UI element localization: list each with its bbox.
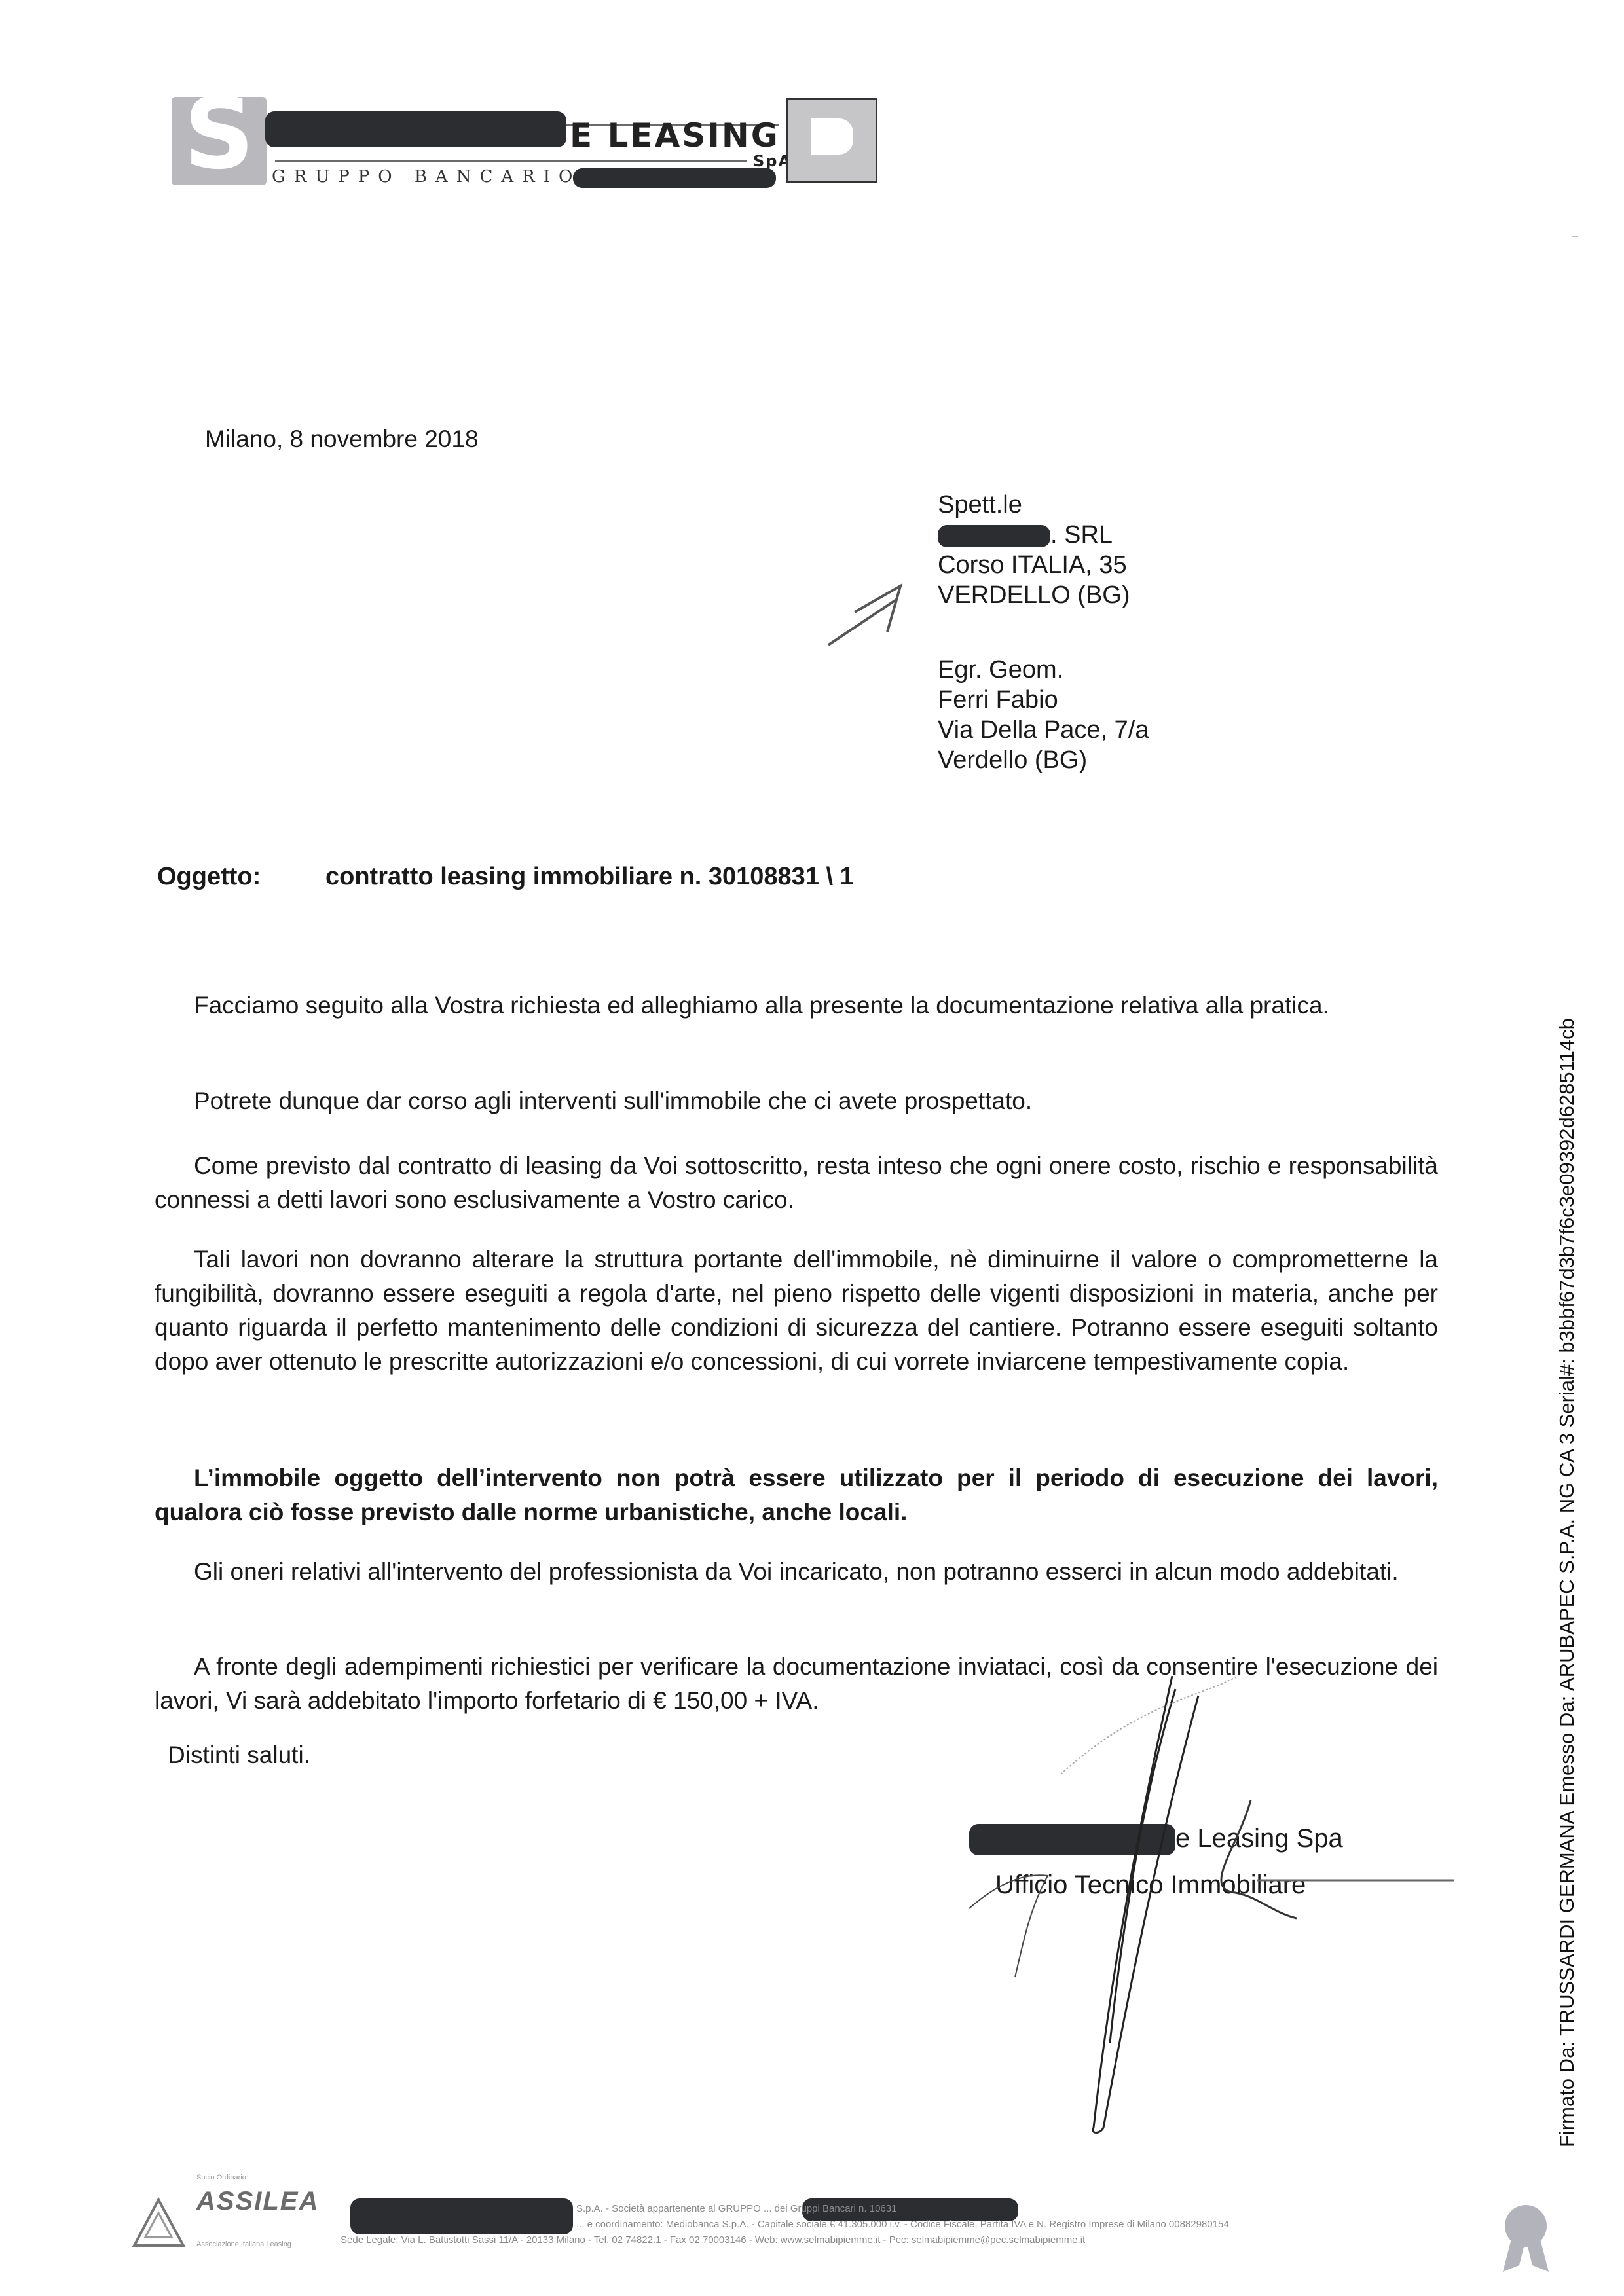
paragraph-7: A fronte degli adempimenti richiestici p… bbox=[155, 1650, 1438, 1718]
logo-letter-s: S bbox=[172, 85, 267, 183]
digital-seal-icon bbox=[1500, 2200, 1552, 2275]
handwritten-signature-icon bbox=[864, 1676, 1454, 2134]
date-line: Milano, 8 novembre 2018 bbox=[205, 421, 479, 457]
assilea-logo-icon bbox=[131, 2196, 187, 2252]
paragraph-3: Come previsto dal contratto di leasing d… bbox=[155, 1149, 1438, 1217]
footer-assilea-desc: Associazione Italiana Leasing bbox=[196, 2240, 291, 2248]
footer-assilea-top: Socio Ordinario bbox=[196, 2174, 246, 2181]
recipient-company: . SRL bbox=[938, 520, 1149, 550]
footer-assilea-name: ASSILEA bbox=[196, 2187, 319, 2216]
recipient2-city: Verdello (BG) bbox=[938, 745, 1149, 775]
paragraph-6: Gli oneri relativi all'intervento del pr… bbox=[155, 1555, 1438, 1589]
logo-company-name: E LEASING bbox=[570, 117, 780, 155]
redaction-logo-name bbox=[265, 111, 566, 147]
recipient-salutation: Spett.le bbox=[938, 490, 1149, 520]
recipient2-salutation: Egr. Geom. bbox=[938, 655, 1149, 685]
subject-value: contratto leasing immobiliare n. 3010883… bbox=[325, 863, 854, 891]
recipient-city: VERDELLO (BG) bbox=[938, 580, 1149, 610]
recipient2-address: Via Della Pace, 7/a bbox=[938, 715, 1149, 745]
logo-right-mark bbox=[786, 98, 877, 183]
paragraph-1: Facciamo seguito alla Vostra richiesta e… bbox=[155, 989, 1438, 1023]
logo-rule-bottom bbox=[275, 160, 747, 162]
footer-line-1: S.p.A. - Società appartenente al GRUPPO … bbox=[576, 2201, 1375, 2216]
recipient2-name: Ferri Fabio bbox=[938, 685, 1149, 715]
redaction-signatory-company bbox=[969, 1824, 1175, 1855]
subject-label: Oggetto: bbox=[157, 863, 261, 891]
signature-company: e Leasing Spa bbox=[969, 1824, 1343, 1855]
signature-office: Ufficio Tecnico Immobiliare bbox=[995, 1870, 1306, 1900]
handwritten-mark-icon bbox=[825, 563, 917, 648]
paragraph-5-bold: L’immobile oggetto dell’intervento non p… bbox=[155, 1461, 1438, 1529]
redaction-group-name bbox=[573, 168, 776, 188]
footer-line-3: Sede Legale: Via L. Battistotti Sassi 11… bbox=[341, 2232, 1369, 2248]
closing-salutation: Distinti saluti. bbox=[168, 1741, 310, 1769]
paragraph-4: Tali lavori non dovranno alterare la str… bbox=[155, 1243, 1438, 1379]
address-block: Spett.le . SRL Corso ITALIA, 35 VERDELLO… bbox=[938, 490, 1149, 775]
footer-line-2: ... e coordinamento: Mediobanca S.p.A. -… bbox=[576, 2217, 1375, 2232]
recipient-address: Corso ITALIA, 35 bbox=[938, 550, 1149, 580]
logo-group-label: GRUPPO BANCARIO bbox=[272, 167, 581, 187]
redaction-footer-1 bbox=[350, 2198, 573, 2234]
redaction-recipient bbox=[938, 525, 1050, 547]
logo-left-mark: S bbox=[172, 97, 267, 185]
digital-signature-text: Firmato Da: TRUSSARDI GERMANA Emesso Da:… bbox=[1555, 1100, 1579, 2147]
margin-mark bbox=[1572, 236, 1578, 237]
paragraph-2: Potrete dunque dar corso agli interventi… bbox=[155, 1084, 1438, 1118]
